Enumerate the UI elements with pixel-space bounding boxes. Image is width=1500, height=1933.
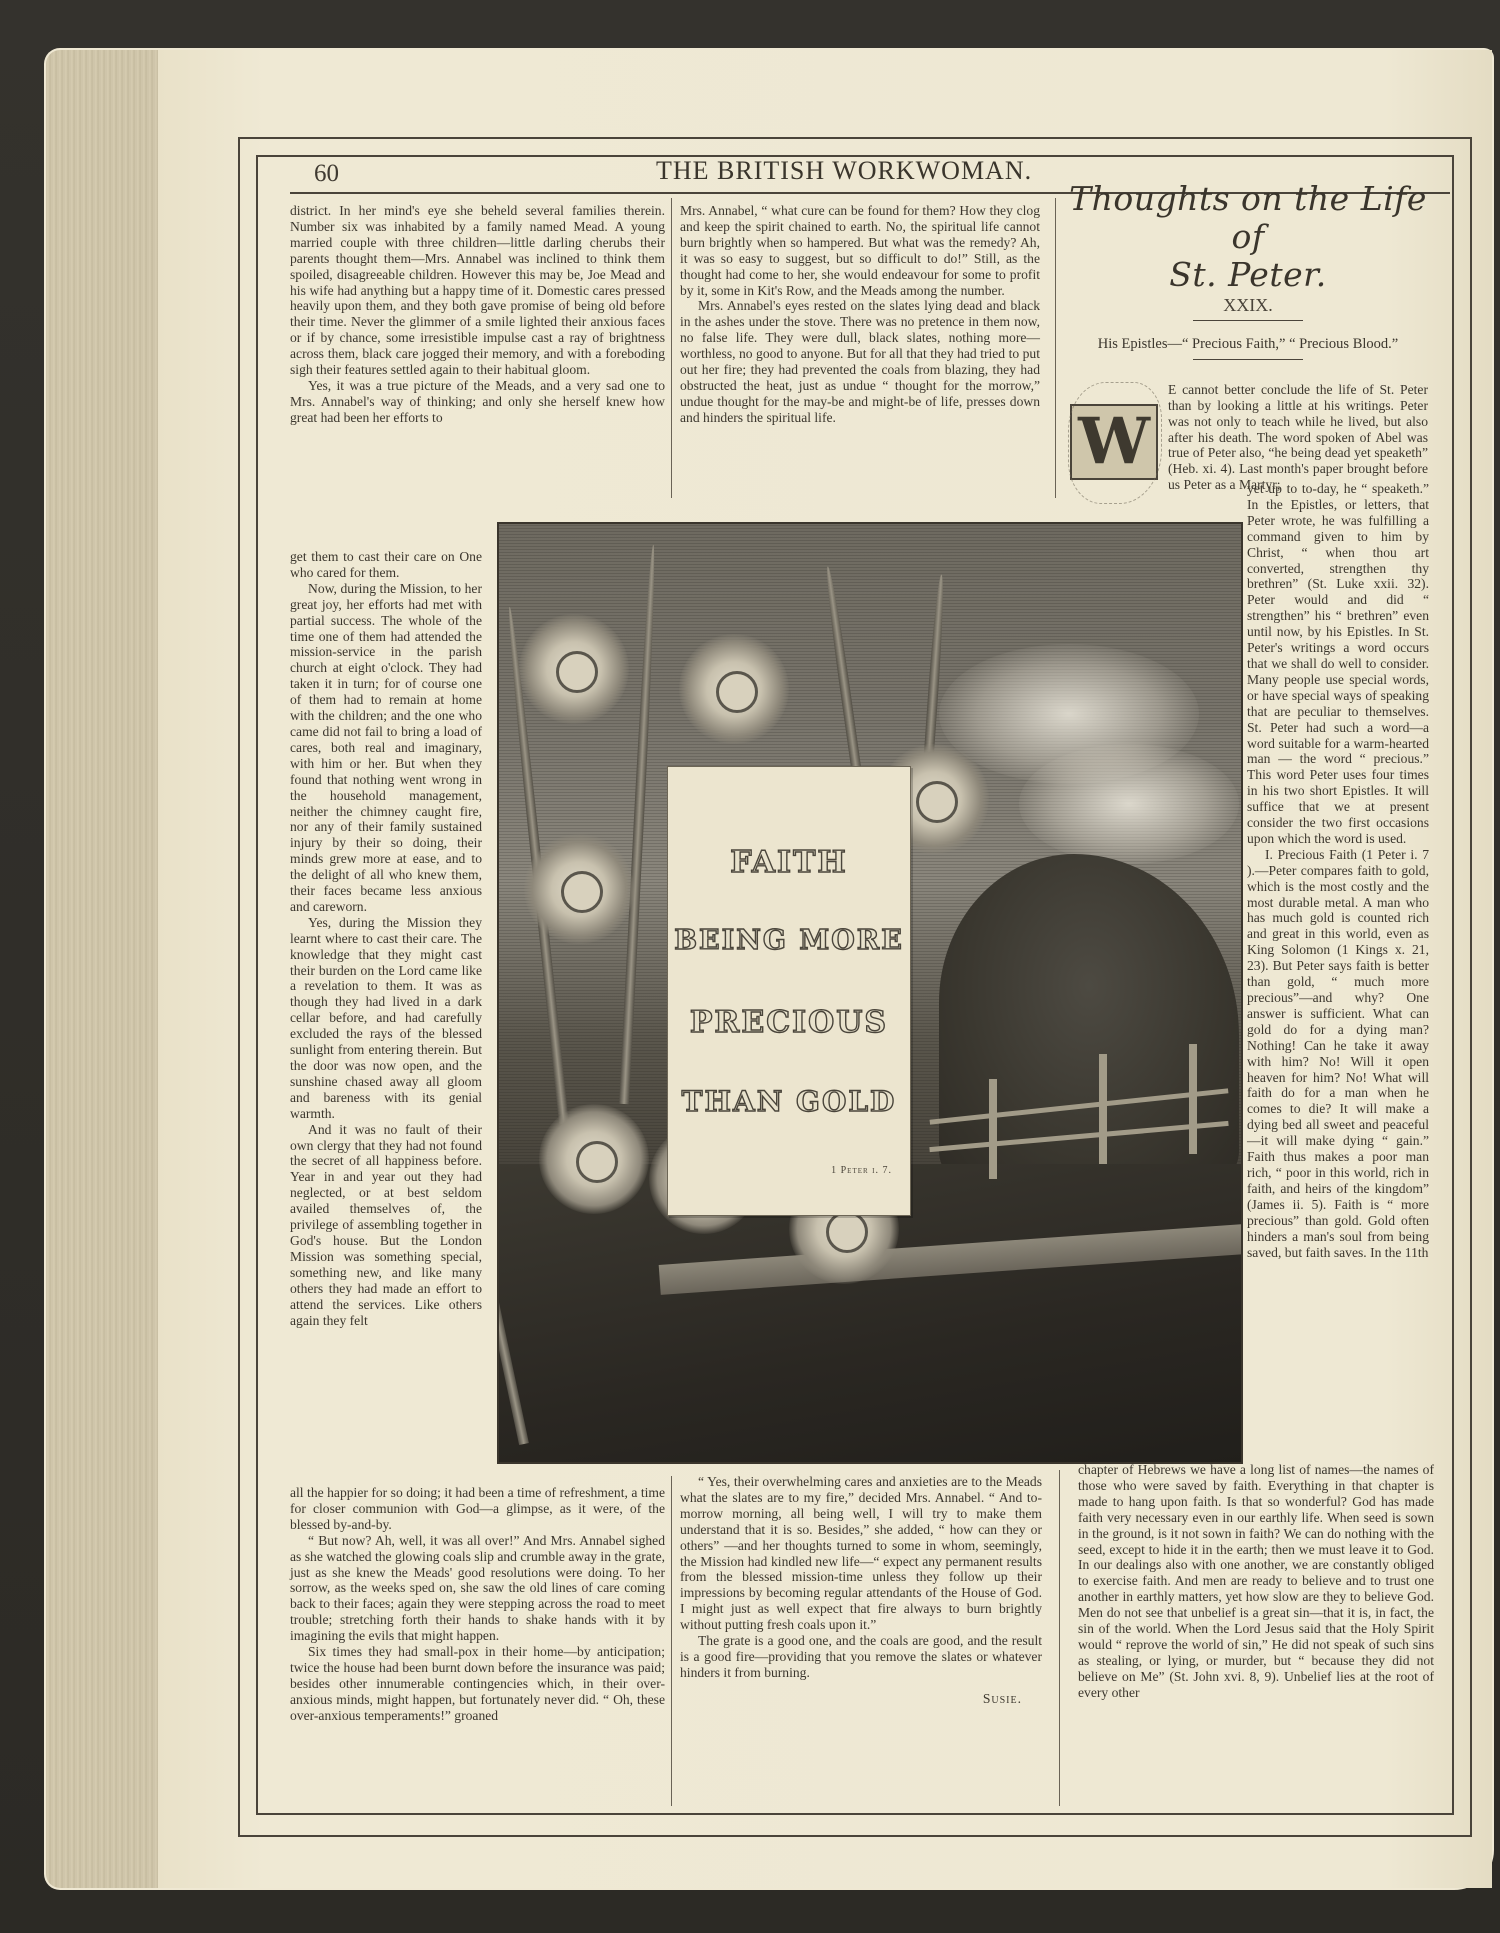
paragraph: Yes, during the Mission they learnt wher… <box>290 915 482 1122</box>
column-rule-1-bottom <box>671 1476 672 1806</box>
leaf-icon <box>619 545 658 1105</box>
article-intro: W E cannot better conclude the life of S… <box>1068 382 1428 493</box>
paragraph: Yes, it was a true picture of the Meads,… <box>290 378 665 426</box>
article-subtitle: His Epistles—“ Precious Faith,” “ Precio… <box>1068 337 1428 353</box>
motto-line: PRECIOUS <box>668 1005 910 1040</box>
story-column-2-bottom: “ Yes, their overwhelming cares and anxi… <box>680 1474 1042 1707</box>
daffodil-icon <box>679 634 789 744</box>
paragraph: Mrs. Annabel, “ what cure can be found f… <box>680 203 1040 298</box>
article-header: Thoughts on the Life of St. Peter. XXIX.… <box>1068 180 1428 502</box>
ornament-divider-icon <box>1193 359 1303 366</box>
story-column-2-top: Mrs. Annabel, “ what cure can be found f… <box>680 203 1040 426</box>
paragraph: get them to cast their care on One who c… <box>290 549 482 581</box>
paragraph: And it was no fault of their own clergy … <box>290 1122 482 1329</box>
page-edges <box>46 50 158 1888</box>
page-number: 60 <box>314 160 339 188</box>
paragraph: district. In her mind's eye she beheld s… <box>290 203 665 378</box>
decorated-initial-icon: W <box>1068 382 1160 502</box>
column-rule-2-top <box>1055 198 1056 498</box>
article-part-number: XXIX. <box>1068 298 1428 314</box>
paragraph: all the happier for so doing; it had bee… <box>290 1485 665 1533</box>
cloud-icon <box>1019 744 1239 864</box>
paragraph: chapter of Hebrews we have a long list o… <box>1078 1462 1434 1701</box>
column-rule-2-bottom <box>1059 1470 1060 1806</box>
article-title-line-2: St. Peter. <box>1068 256 1428 294</box>
story-column-1-bottom: all the happier for so doing; it had bee… <box>290 1485 665 1724</box>
paragraph: “ But now? Ah, well, it was all over!” A… <box>290 1533 665 1644</box>
paragraph: Now, during the Mission, to her great jo… <box>290 581 482 915</box>
flourish-ornament-icon <box>1068 382 1162 504</box>
column-rule-1-top <box>671 198 672 498</box>
motto-card: FAITH BEING MORE PRECIOUS THAN GOLD 1 Pe… <box>667 766 911 1216</box>
fence-post-icon <box>1189 1044 1197 1154</box>
daffodil-icon <box>524 834 634 944</box>
masthead-title: THE BRITISH WORKWOMAN. <box>656 156 1032 186</box>
article-column-bottom: chapter of Hebrews we have a long list o… <box>1078 1462 1434 1701</box>
story-column-1-top: district. In her mind's eye she beheld s… <box>290 203 665 426</box>
paragraph: Mrs. Annabel's eyes rested on the slates… <box>680 298 1040 425</box>
article-column-narrow: yet up to to-day, he “ speaketh.” In the… <box>1247 481 1429 1260</box>
paragraph: I. Precious Faith (1 Peter i. 7 ).—Peter… <box>1247 847 1429 1261</box>
motto-line: THAN GOLD <box>668 1085 910 1118</box>
daffodil-icon <box>539 1104 649 1214</box>
motto-line: FAITH <box>668 845 910 880</box>
fence-post-icon <box>989 1079 997 1179</box>
article-title-line-1: Thoughts on the Life of <box>1068 180 1428 256</box>
paragraph: Six times they had small-pox in their ho… <box>290 1644 665 1724</box>
fence-post-icon <box>1099 1054 1107 1164</box>
paragraph: The grate is a good one, and the coals a… <box>680 1633 1042 1681</box>
story-column-1-narrow: get them to cast their care on One who c… <box>290 549 482 1328</box>
paragraph: yet up to to-day, he “ speaketh.” In the… <box>1247 481 1429 847</box>
daffodil-icon <box>519 614 629 724</box>
scripture-reference: 1 Peter i. 7. <box>831 1165 892 1176</box>
daffodil-engraving: FAITH BEING MORE PRECIOUS THAN GOLD 1 Pe… <box>497 522 1243 1464</box>
motto-line: BEING MORE <box>668 925 910 956</box>
ornament-divider-icon <box>1193 320 1303 327</box>
paragraph: “ Yes, their overwhelming cares and anxi… <box>680 1474 1042 1633</box>
author-signature: Susie. <box>680 1691 1042 1707</box>
